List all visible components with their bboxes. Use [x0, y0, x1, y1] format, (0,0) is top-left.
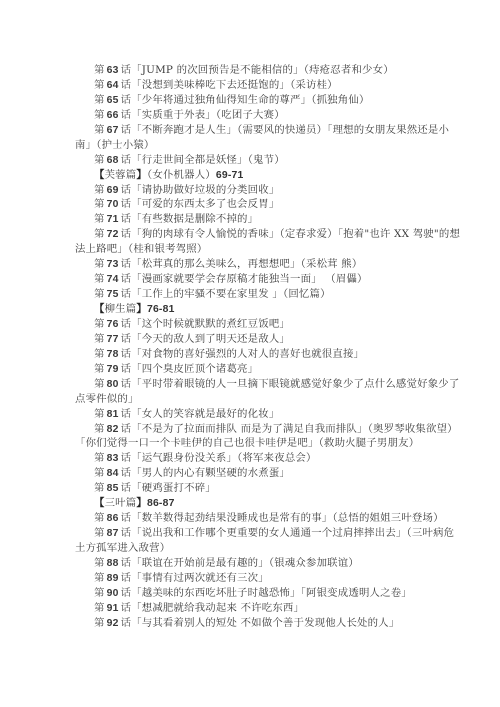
episode-number: 92 — [107, 618, 119, 629]
episode-prefix: 第 — [94, 198, 105, 210]
episode-number: 64 — [107, 80, 119, 91]
episode-line: 第79话「四个臭皮匠顶个诸葛亮」 — [75, 362, 470, 377]
episode-number: 85 — [107, 483, 119, 494]
episode-title: 「这个时候就默默的煮红豆饭吧」 — [131, 318, 290, 330]
continuation-text: 「你们觉得一口一个卡哇伊的自己也很卡哇伊是吧」（救助火腿子男朋友） — [75, 437, 419, 449]
episode-prefix: 第 — [94, 228, 105, 240]
episode-prefix: 第 — [94, 318, 105, 330]
episode-line: 第80话「平时带着眼镜的人一旦摘下眼镜就感觉好象少了点什么感觉好象少了 — [75, 377, 470, 392]
episode-number: 73 — [107, 259, 119, 270]
episode-title: 「没想到美味棒吃下去还挺饱的」（采访桂） — [131, 79, 338, 91]
arc-name: 芙蓉篇 — [105, 169, 137, 181]
episode-suffix: 话 — [121, 572, 132, 584]
episode-number: 71 — [107, 214, 119, 225]
episode-number: 87 — [107, 528, 119, 539]
episode-line: 第85话「硬鸡蛋打不碎」 — [75, 481, 470, 496]
episode-line: 第92话「与其看着别人的短处 不如做个善于发现他人长处的人」 — [75, 616, 470, 631]
episode-number: 79 — [107, 364, 119, 375]
episode-number: 75 — [107, 289, 119, 300]
continuation-text: 南」（护士小猿） — [75, 139, 155, 151]
episode-number: 84 — [107, 468, 119, 479]
continuation-line: 南」（护士小猿） — [75, 138, 470, 153]
episode-suffix: 话 — [121, 333, 132, 345]
episode-suffix: 话 — [121, 363, 132, 375]
episode-title: 「工作上的牢骚不要在家里发 」（回忆篇） — [131, 288, 331, 300]
episode-number: 91 — [107, 603, 119, 614]
episode-title: 「有些数据是删除不掉的」 — [131, 213, 258, 225]
arc-episode-range: 86-87 — [147, 498, 175, 509]
continuation-line: 土方孤军进入敌营） — [75, 541, 470, 556]
document-page: 第63话「JUMP 的次回预告是不能相信的」（痔疮忍者和少女）第64话「没想到美… — [75, 63, 470, 631]
episode-line: 第71话「有些数据是删除不掉的」 — [75, 212, 470, 227]
episode-line: 第72话「狗的肉球有令人愉悦的香味」（定春求爱）「抱着"也许 XX 驾驶"的想 — [75, 227, 470, 242]
episode-prefix: 第 — [94, 348, 105, 360]
episode-number: 82 — [107, 424, 119, 435]
episode-prefix: 第 — [94, 64, 105, 76]
episode-prefix: 第 — [94, 154, 105, 166]
episode-title: 「今天的敌人到了明天还是敌人」 — [131, 333, 290, 345]
heading-bracket-close: 】 — [136, 303, 147, 315]
episode-prefix: 第 — [94, 602, 105, 614]
episode-prefix: 第 — [94, 378, 105, 390]
episode-suffix: 话 — [121, 94, 132, 106]
episode-prefix: 第 — [94, 408, 105, 420]
episode-title: 「硬鸡蛋打不碎」 — [131, 482, 216, 494]
episode-title: 「运气跟身份没关系」（将军来夜总会） — [131, 452, 316, 464]
episode-suffix: 话 — [121, 557, 132, 569]
episode-title: 「对食物的喜好强烈的人对人的喜好也就很直接」 — [131, 348, 364, 360]
episode-suffix: 话 — [121, 617, 132, 629]
episode-number: 77 — [107, 334, 119, 345]
episode-number: 67 — [107, 125, 119, 136]
episode-title: 「与其看着别人的短处 不如做个善于发现他人长处的人」 — [131, 617, 399, 629]
episode-prefix: 第 — [94, 363, 105, 375]
episode-line: 第91话「想减肥就给我动起来 不许吃东西」 — [75, 601, 470, 616]
episode-line: 第67话「不断奔跑才是人生」（需要风的快递员）「理想的女朋友果然还是小 — [75, 123, 470, 138]
episode-number: 74 — [107, 274, 119, 285]
continuation-line: 点零件似的」 — [75, 392, 470, 407]
episode-suffix: 话 — [121, 467, 132, 479]
episode-line: 第87话「说出我和工作哪个更重要的女人通通一个过肩摔摔出去」（三叶病危 — [75, 526, 470, 541]
arc-heading: 【柳生篇】76-81 — [75, 302, 470, 317]
episode-prefix: 第 — [94, 423, 105, 435]
episode-suffix: 话 — [121, 602, 132, 614]
episode-title: 「说出我和工作哪个更重要的女人通通一个过肩摔摔出去」（三叶病危 — [131, 527, 454, 539]
episode-prefix: 第 — [94, 288, 105, 300]
episode-prefix: 第 — [94, 109, 105, 121]
episode-number: 83 — [107, 453, 119, 464]
episode-prefix: 第 — [94, 527, 105, 539]
episode-line: 第65话「少年将通过独角仙得知生命的尊严」（抓独角仙） — [75, 93, 470, 108]
episode-title: 「不断奔跑才是人生」（需要风的快递员）「理想的女朋友果然还是小 — [131, 124, 449, 136]
arc-name: 柳生篇 — [105, 303, 137, 315]
episode-prefix: 第 — [94, 213, 105, 225]
episode-suffix: 话 — [121, 198, 132, 210]
episode-prefix: 第 — [94, 512, 105, 524]
episode-title: 「四个臭皮匠顶个诸葛亮」 — [131, 363, 258, 375]
arc-heading: 【三叶篇】86-87 — [75, 496, 470, 511]
episode-title: 「男人的内心有颗坚硬的水煮蛋」 — [131, 467, 290, 479]
episode-title: 「请协助做好垃圾的分类回收」 — [131, 184, 279, 196]
episode-title: 「松茸真的那么美味么，再想想吧」（采松茸 熊） — [131, 258, 362, 270]
episode-line: 第70话「可爱的东西太多了也会反胃」 — [75, 197, 470, 212]
arc-episode-range: 76-81 — [147, 304, 175, 315]
arc-name: 三叶篇 — [105, 497, 137, 509]
episode-number: 65 — [107, 95, 119, 106]
episode-prefix: 第 — [94, 258, 105, 270]
episode-prefix: 第 — [94, 482, 105, 494]
episode-number: 76 — [107, 319, 119, 330]
episode-prefix: 第 — [94, 557, 105, 569]
episode-title: 「越美味的东西吃坏肚子时越恐怖」「阿银变成透明人之卷」 — [131, 587, 412, 599]
episode-line: 第81话「女人的笑容就是最好的化妆」 — [75, 407, 470, 422]
episode-number: 63 — [107, 65, 119, 76]
episode-suffix: 话 — [121, 64, 132, 76]
heading-bracket-open: 【 — [94, 497, 105, 509]
episode-title: 「可爱的东西太多了也会反胃」 — [131, 198, 279, 210]
episode-suffix: 话 — [121, 378, 132, 390]
episode-title: 「行走世间全都是妖怪」（鬼节） — [131, 154, 285, 166]
arc-note: （女仆机器人） — [147, 169, 216, 181]
arc-heading: 【芙蓉篇】（女仆机器人）69-71 — [75, 168, 470, 183]
episode-number: 88 — [107, 558, 119, 569]
episode-prefix: 第 — [94, 94, 105, 106]
episode-suffix: 话 — [121, 527, 132, 539]
episode-line: 第88话「联谊在开始前是最有趣的」（银魂众参加联谊） — [75, 556, 470, 571]
episode-title: 「事情有过两次就还有三次」 — [131, 572, 269, 584]
episode-line: 第78话「对食物的喜好强烈的人对人的喜好也就很直接」 — [75, 347, 470, 362]
episode-suffix: 话 — [121, 154, 132, 166]
episode-prefix: 第 — [94, 452, 105, 464]
episode-line: 第86话「数羊数得起劲结果没睡成也是常有的事」（总悟的姐姐三叶登场） — [75, 511, 470, 526]
episode-title: 「狗的肉球有令人愉悦的香味」（定春求爱）「抱着"也许 XX 驾驶"的想 — [131, 228, 460, 240]
episode-title: 「实质重于外表」（吃团子大赛） — [131, 109, 285, 121]
episode-suffix: 话 — [121, 228, 132, 240]
episode-suffix: 话 — [121, 587, 132, 599]
episode-number: 69 — [107, 185, 119, 196]
episode-title: 「数羊数得起劲结果没睡成也是常有的事」（总悟的姐姐三叶登场） — [131, 512, 444, 524]
heading-bracket-close: 】 — [136, 497, 147, 509]
episode-number: 78 — [107, 349, 119, 360]
continuation-line: 法上路吧」（桂和银考驾照） — [75, 242, 470, 257]
episode-title: 「想减肥就给我动起来 不许吃东西」 — [131, 602, 304, 614]
episode-suffix: 话 — [121, 512, 132, 524]
episode-title: 「不是为了拉面而排队 而是为了满足自我而排队」（奥罗琴收集欲望） — [131, 423, 458, 435]
episode-number: 66 — [107, 110, 119, 121]
episode-title: 「平时带着眼镜的人一旦摘下眼镜就感觉好象少了点什么感觉好象少了 — [131, 378, 459, 390]
episode-suffix: 话 — [121, 184, 132, 196]
episode-number: 89 — [107, 573, 119, 584]
episode-suffix: 话 — [121, 109, 132, 121]
episode-number: 70 — [107, 199, 119, 210]
episode-suffix: 话 — [121, 258, 132, 270]
episode-suffix: 话 — [121, 482, 132, 494]
episode-line: 第77话「今天的敌人到了明天还是敌人」 — [75, 332, 470, 347]
episode-line: 第90话「越美味的东西吃坏肚子时越恐怖」「阿银变成透明人之卷」 — [75, 586, 470, 601]
episode-line: 第73话「松茸真的那么美味么，再想想吧」（采松茸 熊） — [75, 257, 470, 272]
episode-title: 「漫画家就要学会存原稿才能独当一面」 （眉儡） — [131, 273, 368, 285]
episode-suffix: 话 — [121, 452, 132, 464]
episode-line: 第89话「事情有过两次就还有三次」 — [75, 571, 470, 586]
episode-prefix: 第 — [94, 79, 105, 91]
episode-prefix: 第 — [94, 617, 105, 629]
episode-line: 第75话「工作上的牢骚不要在家里发 」（回忆篇） — [75, 287, 470, 302]
episode-suffix: 话 — [121, 408, 132, 420]
episode-title: 「联谊在开始前是最有趣的」（银魂众参加联谊） — [131, 557, 359, 569]
episode-line: 第64话「没想到美味棒吃下去还挺饱的」（采访桂） — [75, 78, 470, 93]
continuation-text: 点零件似的」 — [75, 393, 139, 405]
episode-line: 第66话「实质重于外表」（吃团子大赛） — [75, 108, 470, 123]
episode-prefix: 第 — [94, 124, 105, 136]
episode-suffix: 话 — [121, 318, 132, 330]
episode-prefix: 第 — [94, 572, 105, 584]
episode-suffix: 话 — [121, 348, 132, 360]
episode-title: 「少年将通过独角仙得知生命的尊严」（抓独角仙） — [131, 94, 369, 106]
episode-prefix: 第 — [94, 184, 105, 196]
episode-suffix: 话 — [121, 273, 132, 285]
heading-bracket-open: 【 — [94, 303, 105, 315]
episode-number: 81 — [107, 409, 119, 420]
continuation-text: 法上路吧」（桂和银考驾照） — [75, 243, 207, 255]
episode-title: 「JUMP 的次回预告是不能相信的」（痔疮忍者和少女） — [131, 64, 394, 76]
episode-prefix: 第 — [94, 467, 105, 479]
episode-prefix: 第 — [94, 587, 105, 599]
episode-number: 90 — [107, 588, 119, 599]
episode-number: 80 — [107, 379, 119, 390]
episode-suffix: 话 — [121, 423, 132, 435]
episode-line: 第68话「行走世间全都是妖怪」（鬼节） — [75, 153, 470, 168]
episode-suffix: 话 — [121, 79, 132, 91]
episode-line: 第83话「运气跟身份没关系」（将军来夜总会） — [75, 451, 470, 466]
episode-line: 第69话「请协助做好垃圾的分类回收」 — [75, 183, 470, 198]
episode-number: 86 — [107, 513, 119, 524]
continuation-line: 「你们觉得一口一个卡哇伊的自己也很卡哇伊是吧」（救助火腿子男朋友） — [75, 436, 470, 451]
episode-line: 第74话「漫画家就要学会存原稿才能独当一面」 （眉儡） — [75, 272, 470, 287]
episode-prefix: 第 — [94, 273, 105, 285]
heading-bracket-close: 】 — [136, 169, 147, 181]
arc-episode-range: 69-71 — [216, 170, 244, 181]
continuation-text: 土方孤军进入敌营） — [75, 542, 170, 554]
episode-suffix: 话 — [121, 288, 132, 300]
episode-title: 「女人的笑容就是最好的化妆」 — [131, 408, 279, 420]
episode-suffix: 话 — [121, 124, 132, 136]
episode-number: 68 — [107, 155, 119, 166]
episode-line: 第82话「不是为了拉面而排队 而是为了满足自我而排队」（奥罗琴收集欲望） — [75, 422, 470, 437]
episode-line: 第84话「男人的内心有颗坚硬的水煮蛋」 — [75, 466, 470, 481]
episode-prefix: 第 — [94, 333, 105, 345]
episode-line: 第76话「这个时候就默默的煮红豆饭吧」 — [75, 317, 470, 332]
episode-line: 第63话「JUMP 的次回预告是不能相信的」（痔疮忍者和少女） — [75, 63, 470, 78]
episode-number: 72 — [107, 229, 119, 240]
episode-suffix: 话 — [121, 213, 132, 225]
heading-bracket-open: 【 — [94, 169, 105, 181]
